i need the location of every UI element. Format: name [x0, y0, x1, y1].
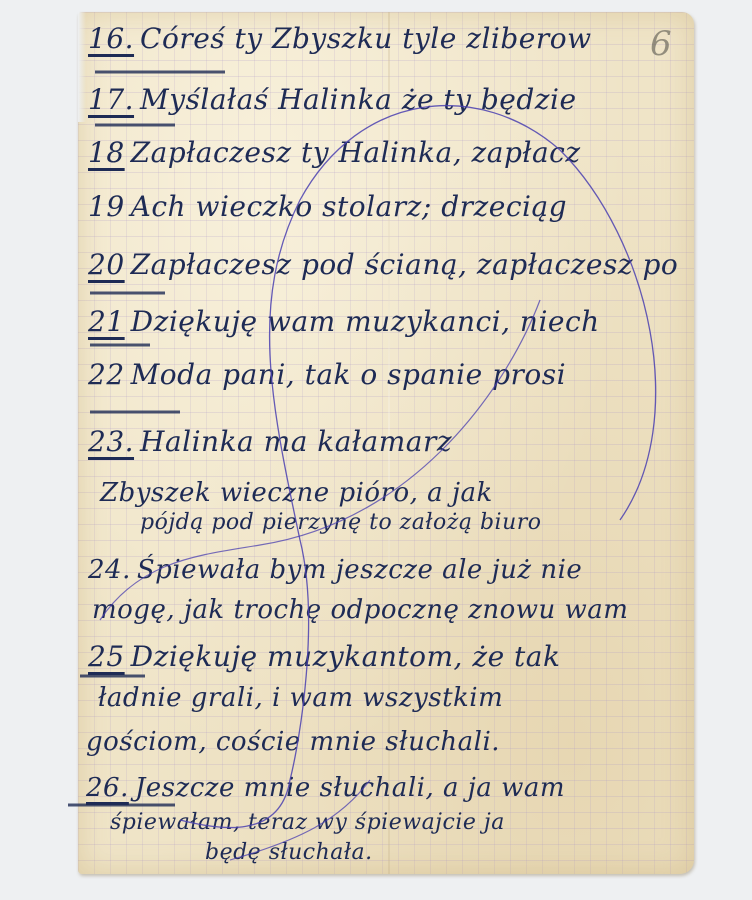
- line-number: 20: [88, 248, 125, 281]
- line-16: 16.Córeś ty Zbyszku tyle zliberow: [88, 22, 592, 55]
- line-text: Moda pani, tak o spanie prosi: [131, 358, 566, 391]
- line-text: Zbyszek wieczne pióro, a jak: [100, 478, 493, 508]
- line-text: Śpiewała bym jeszcze ale już nie: [137, 555, 582, 585]
- line-text: mogę, jak trochę odpocznę znowu wam: [92, 595, 628, 625]
- line-number: 16.: [88, 22, 134, 55]
- line-text: śpiewałam, teraz wy śpiewajcie ja: [110, 810, 505, 835]
- line-text: Halinka ma kałamarz: [140, 425, 452, 458]
- line-text: Zapłaczesz ty Halinka, zapłacz: [131, 136, 581, 169]
- line-text: Zapłaczesz pod ścianą, zapłaczesz po: [131, 248, 679, 281]
- line-number: 21: [88, 305, 125, 338]
- line-23: 23.Halinka ma kałamarz: [88, 425, 452, 458]
- line-number: 23.: [88, 425, 134, 458]
- line-text: Dziękuję muzykantom, że tak: [131, 640, 561, 673]
- line-25-cont-2: gościom, coście mnie słuchali.: [86, 727, 500, 757]
- line-number: 24.: [88, 555, 131, 585]
- line-text: Córeś ty Zbyszku tyle zliberow: [140, 22, 592, 55]
- line-text: Ach wieczko stolarz; drzeciąg: [131, 190, 567, 223]
- line-22: 22Moda pani, tak o spanie prosi: [88, 358, 566, 391]
- line-19: 19Ach wieczko stolarz; drzeciąg: [88, 190, 567, 223]
- line-25-cont-1: ładnie grali, i wam wszystkim: [98, 683, 503, 713]
- line-number: 25: [88, 640, 125, 673]
- line-25: 25Dziękuję muzykantom, że tak: [88, 640, 560, 673]
- line-number: 19: [88, 190, 125, 223]
- line-text: Myślałaś Halinka że ty będzie: [140, 83, 577, 116]
- line-26-cont-2: będę słuchała.: [205, 840, 373, 865]
- line-number: 26.: [86, 773, 129, 803]
- line-20: 20Zapłaczesz pod ścianą, zapłaczesz po: [88, 248, 678, 281]
- line-18: 18Zapłaczesz ty Halinka, zapłacz: [88, 136, 581, 169]
- line-text: będę słuchała.: [205, 840, 373, 865]
- line-24: 24.Śpiewała bym jeszcze ale już nie: [88, 555, 582, 585]
- line-23-cont-1: Zbyszek wieczne pióro, a jak: [100, 478, 493, 508]
- line-text: Dziękuję wam muzykanci, niech: [131, 305, 600, 338]
- line-26-cont-1: śpiewałam, teraz wy śpiewajcie ja: [110, 810, 505, 835]
- line-26: 26.Jeszcze mnie słuchali, a ja wam: [86, 773, 565, 803]
- line-number: 17.: [88, 83, 134, 116]
- line-24-cont: mogę, jak trochę odpocznę znowu wam: [92, 595, 628, 625]
- line-text: pójdą pod pierzynę to założą biuro: [140, 510, 542, 535]
- line-text: gościom, coście mnie słuchali.: [86, 727, 500, 757]
- line-number: 22: [88, 358, 125, 391]
- line-text: Jeszcze mnie słuchali, a ja wam: [135, 773, 565, 803]
- line-text: ładnie grali, i wam wszystkim: [98, 683, 503, 713]
- line-21: 21Dziękuję wam muzykanci, niech: [88, 305, 600, 338]
- line-number: 18: [88, 136, 125, 169]
- line-23-cont-2: pójdą pod pierzynę to założą biuro: [140, 510, 542, 535]
- line-17: 17.Myślałaś Halinka że ty będzie: [88, 83, 577, 116]
